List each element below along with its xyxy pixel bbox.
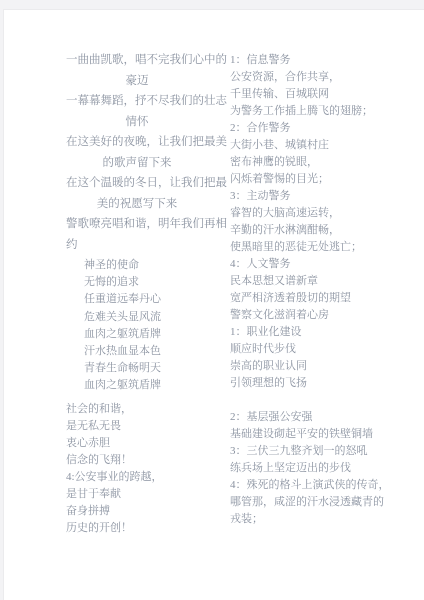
right-text-line: 2：基层强公安强 <box>230 409 422 426</box>
closing-text-line: 4:公安事业的跨越， <box>66 469 210 486</box>
right-text-line: 密布神鹰的锐眼， <box>230 154 422 171</box>
opening-text-line: 的歌声留下来 <box>66 153 208 174</box>
opening-text-line: 在这个温暖的冬日，让我们把最 <box>66 173 208 194</box>
poem-text-line: 任重道远奉丹心 <box>84 291 210 308</box>
opening-text-line: 美的祝愿写下来 <box>66 194 208 215</box>
opening-text-line: 豪迈 <box>66 71 208 92</box>
poem-text-line: 血肉之躯筑盾牌 <box>84 377 210 394</box>
right-text-line: 辛勤的汗水淋漓酣畅， <box>230 222 422 239</box>
closing-text-line: 衷心赤胆 <box>66 435 210 452</box>
opening-text-line: 情怀 <box>66 112 208 133</box>
opening-text-line: 一幕幕舞蹈，抒不尽我们的壮志 <box>66 91 208 112</box>
poem-text-line: 血肉之躯筑盾牌 <box>84 326 210 343</box>
opening-text-line: 在这美好的夜晚，让我们把最美 <box>66 132 208 153</box>
right-text-line: 4：人文警务 <box>230 256 422 273</box>
right-text-line: 为警务工作插上腾飞的翅膀； <box>230 103 422 120</box>
poem-text-line: 汗水热血显本色 <box>84 343 210 360</box>
right-text-line: 使黑暗里的恶徒无处逃亡； <box>230 239 422 256</box>
right-text-line: 睿智的大脑高速运转， <box>230 205 422 222</box>
right-text-line: 4：殊死的格斗上演武侠的传奇， <box>230 477 422 494</box>
right-text-line: 民本思想又谱新章 <box>230 273 422 290</box>
right-text-line: 警察文化滋润着心房 <box>230 307 422 324</box>
closing-text-line: 社会的和谐， <box>66 401 210 418</box>
poem-text-line: 青春生命畅明天 <box>84 360 210 377</box>
right-column-text: 1：信息警务公安资源，合作共享，千里传输、百城联网为警务工作插上腾飞的翅膀；2：… <box>230 52 422 528</box>
right-text-line: 千里传输、百城联网 <box>230 86 422 103</box>
poem-text-line: 无悔的追求 <box>84 274 210 291</box>
app-background: 一曲曲凯歌，唱不完我们心中的豪迈一幕幕舞蹈，抒不尽我们的壮志情怀在这美好的夜晚，… <box>0 0 424 600</box>
right-text-line: 练兵场上坚定迈出的步伐 <box>230 460 422 477</box>
closing-text-line: 是无私无畏 <box>66 418 210 435</box>
closing-text-line: 是甘于奉献 <box>66 486 210 503</box>
poem-text-line: 神圣的使命 <box>84 257 210 274</box>
left-column-poem-block: 神圣的使命无悔的追求任重道远奉丹心危难关头显风流血肉之躯筑盾牌汗水热血显本色青春… <box>84 257 210 395</box>
right-text-line: 宽严相济透着殷切的期望 <box>230 290 422 307</box>
opening-text-line: 警歌嘹亮唱和谐，明年我们再相 <box>66 214 208 235</box>
right-text-line: 引领理想的飞扬 <box>230 375 422 392</box>
right-text-line: 3：三伏三九整齐划一的怒吼 <box>230 443 422 460</box>
right-text-line: 崇高的职业认同 <box>230 358 422 375</box>
right-text-line: 基础建设砌起平安的铁壁铜墙 <box>230 426 422 443</box>
left-column-closing-block: 社会的和谐，是无私无畏衷心赤胆信念的飞翔！4:公安事业的跨越，是甘于奉献奋身拼搏… <box>66 401 210 537</box>
right-text-line <box>230 392 422 409</box>
opening-text-line: 约 <box>66 235 208 256</box>
right-text-line: 2：合作警务 <box>230 120 422 137</box>
poem-text-line: 危难关头显风流 <box>84 309 210 326</box>
right-text-line: 公安资源，合作共享， <box>230 69 422 86</box>
closing-text-line: 信念的飞翔！ <box>66 452 210 469</box>
right-text-line: 1：职业化建设 <box>230 324 422 341</box>
document-page: 一曲曲凯歌，唱不完我们心中的豪迈一幕幕舞蹈，抒不尽我们的壮志情怀在这美好的夜晚，… <box>4 10 424 600</box>
closing-text-line: 奋身拼搏 <box>66 503 210 520</box>
left-column-opening-paragraphs: 一曲曲凯歌，唱不完我们心中的豪迈一幕幕舞蹈，抒不尽我们的壮志情怀在这美好的夜晚，… <box>66 50 208 255</box>
right-text-line: 3：主动警务 <box>230 188 422 205</box>
right-text-line: 闪烁着警惕的目光； <box>230 171 422 188</box>
right-text-line: 大街小巷、城镇村庄 <box>230 137 422 154</box>
right-text-line: 顺应时代步伐 <box>230 341 422 358</box>
right-text-line: 哪管那，咸涩的汗水浸透藏青的 <box>230 494 422 511</box>
opening-text-line: 一曲曲凯歌，唱不完我们心中的 <box>66 50 208 71</box>
right-text-line: 戎装； <box>230 511 422 528</box>
closing-text-line: 历史的开创！ <box>66 520 210 537</box>
right-text-line: 1：信息警务 <box>230 52 422 69</box>
